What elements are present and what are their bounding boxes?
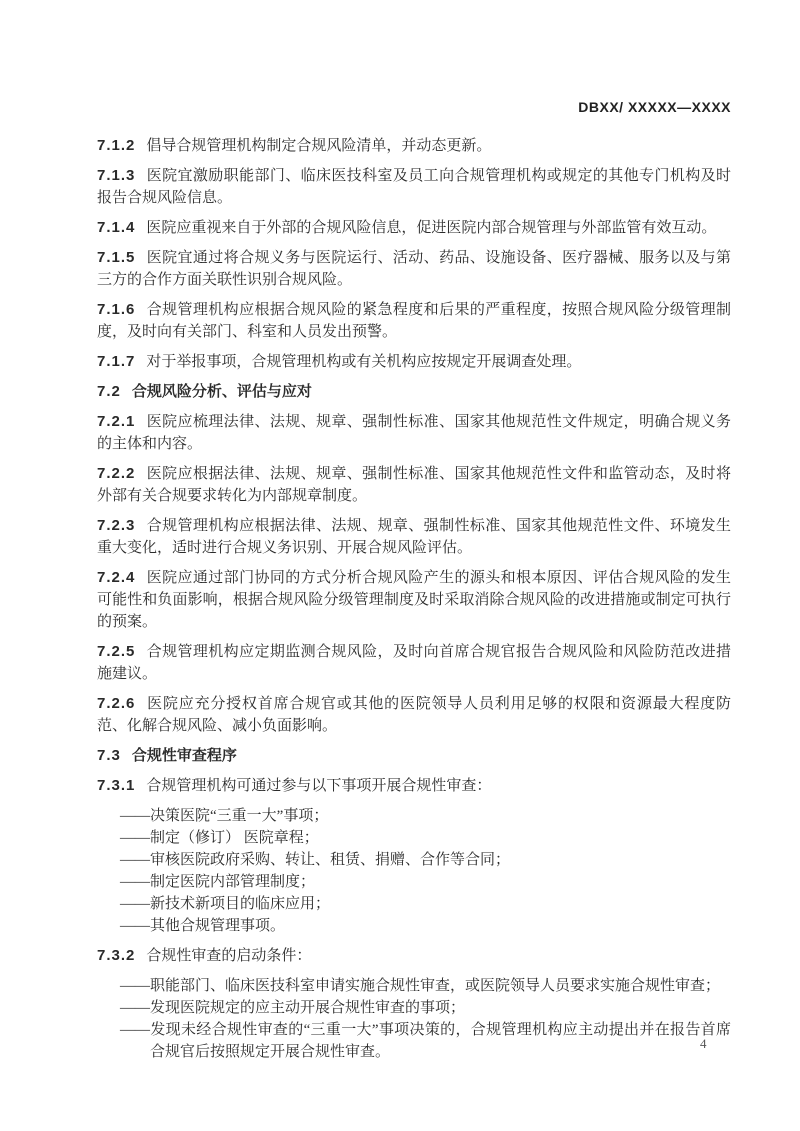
clause-text: 合规风险分析、评估与应对 (132, 383, 312, 400)
clause-number: 7.3 (97, 747, 121, 764)
clause-number: 7.1.6 (97, 301, 135, 318)
list-item: ——制定医院内部管理制度； (97, 871, 731, 893)
clause-paragraph: 7.3.2合规性审查的启动条件： (97, 945, 731, 967)
clause-paragraph: 7.2.6医院应充分授权首席合规官或其他的医院领导人员利用足够的权限和资源最大程… (97, 693, 731, 737)
list-item: ——职能部门、临床医技科室申请实施合规性审查，或医院领导人员要求实施合规性审查； (97, 975, 731, 997)
clause-text: 合规性审查的启动条件： (146, 948, 311, 964)
clause-paragraph: 7.2.5合规管理机构应定期监测合规风险，及时向首席合规官报告合规风险和风险防范… (97, 641, 731, 685)
clause-number: 7.2.3 (97, 517, 135, 534)
list-item: ——审核医院政府采购、转让、租赁、捐赠、合作等合同； (97, 849, 731, 871)
list-item: ——决策医院“三重一大”事项； (97, 805, 731, 827)
clause-text: 医院应梳理法律、法规、规章、强制性标准、国家其他规范性文件规定，明确合规义务的主… (97, 414, 731, 452)
list-item: ——发现未经合规性审查的“三重一大”事项决策的，合规管理机构应主动提出并在报告首… (97, 1019, 731, 1063)
dash-list: ——职能部门、临床医技科室申请实施合规性审查，或医院领导人员要求实施合规性审查；… (97, 975, 731, 1063)
clause-text: 医院应通过部门协同的方式分析合规风险产生的源头和根本原因、评估合规风险的发生可能… (97, 570, 731, 630)
clause-paragraph: 7.1.4医院应重视来自于外部的合规风险信息，促进医院内部合规管理与外部监管有效… (97, 217, 731, 239)
clause-paragraph: 7.1.7对于举报事项，合规管理机构或有关机构应按规定开展调查处理。 (97, 351, 731, 373)
dash-list: ——决策医院“三重一大”事项；——制定（修订） 医院章程；——审核医院政府采购、… (97, 805, 731, 937)
clause-paragraph: 7.1.6合规管理机构应根据合规风险的紧急程度和后果的严重程度，按照合规风险分级… (97, 299, 731, 343)
clause-text: 医院宜激励职能部门、临床医技科室及员工向合规管理机构或规定的其他专门机构及时报告… (97, 168, 731, 206)
clause-paragraph: 7.1.2倡导合规管理机构制定合规风险清单，并动态更新。 (97, 135, 731, 157)
clause-text: 合规管理机构可通过参与以下事项开展合规性审查： (146, 778, 491, 794)
clause-text: 合规管理机构应根据合规风险的紧急程度和后果的严重程度，按照合规风险分级管理制度，… (97, 302, 731, 340)
clause-paragraph: 7.2.1医院应梳理法律、法规、规章、强制性标准、国家其他规范性文件规定，明确合… (97, 411, 731, 455)
list-item: ——其他合规管理事项。 (97, 915, 731, 937)
clause-text: 医院宜通过将合规义务与医院运行、活动、药品、设施设备、医疗器械、服务以及与第三方… (97, 250, 731, 288)
list-item: ——新技术新项目的临床应用； (97, 893, 731, 915)
clause-text: 对于举报事项，合规管理机构或有关机构应按规定开展调查处理。 (146, 354, 581, 370)
section-heading: 7.2合规风险分析、评估与应对 (97, 381, 731, 403)
clause-number: 7.3.2 (97, 947, 135, 964)
clause-text: 倡导合规管理机构制定合规风险清单，并动态更新。 (146, 138, 491, 154)
clause-text: 医院应根据法律、法规、规章、强制性标准、国家其他规范性文件和监管动态，及时将外部… (97, 466, 731, 504)
document-page: DBXX/ XXXXX—XXXX 7.1.2倡导合规管理机构制定合规风险清单，并… (0, 0, 800, 1131)
section-heading: 7.3合规性审查程序 (97, 745, 731, 767)
clause-text: 合规管理机构应根据法律、法规、规章、强制性标准、国家其他规范性文件、环境发生重大… (97, 518, 731, 556)
clause-number: 7.1.4 (97, 219, 135, 236)
clause-number: 7.2.6 (97, 695, 135, 712)
clause-number: 7.1.2 (97, 137, 135, 154)
list-item: ——发现医院规定的应主动开展合规性审查的事项； (97, 997, 731, 1019)
list-item: ——制定（修订） 医院章程； (97, 827, 731, 849)
clause-number: 7.1.7 (97, 353, 135, 370)
clause-number: 7.2 (97, 383, 121, 400)
clause-number: 7.1.3 (97, 167, 135, 184)
document-number-header: DBXX/ XXXXX—XXXX (97, 99, 731, 115)
clause-number: 7.1.5 (97, 249, 135, 266)
clause-number: 7.3.1 (97, 777, 135, 794)
clause-number: 7.2.1 (97, 413, 135, 430)
clause-paragraph: 7.1.3医院宜激励职能部门、临床医技科室及员工向合规管理机构或规定的其他专门机… (97, 165, 731, 209)
clause-number: 7.2.5 (97, 643, 135, 660)
clause-text: 合规性审查程序 (132, 747, 237, 764)
clause-paragraph: 7.2.4医院应通过部门协同的方式分析合规风险产生的源头和根本原因、评估合规风险… (97, 567, 731, 633)
clause-text: 医院应充分授权首席合规官或其他的医院领导人员利用足够的权限和资源最大程度防范、化… (97, 696, 731, 734)
clause-paragraph: 7.1.5医院宜通过将合规义务与医院运行、活动、药品、设施设备、医疗器械、服务以… (97, 247, 731, 291)
page-number: 4 (700, 1036, 707, 1052)
clause-number: 7.2.2 (97, 465, 135, 482)
clause-text: 医院应重视来自于外部的合规风险信息，促进医院内部合规管理与外部监管有效互动。 (146, 220, 716, 236)
clause-paragraph: 7.2.2医院应根据法律、法规、规章、强制性标准、国家其他规范性文件和监管动态，… (97, 463, 731, 507)
clause-text: 合规管理机构应定期监测合规风险，及时向首席合规官报告合规风险和风险防范改进措施建… (97, 644, 731, 682)
clause-number: 7.2.4 (97, 569, 135, 586)
clause-paragraph: 7.3.1合规管理机构可通过参与以下事项开展合规性审查： (97, 775, 731, 797)
clause-paragraph: 7.2.3合规管理机构应根据法律、法规、规章、强制性标准、国家其他规范性文件、环… (97, 515, 731, 559)
document-body: 7.1.2倡导合规管理机构制定合规风险清单，并动态更新。7.1.3医院宜激励职能… (97, 135, 731, 1063)
